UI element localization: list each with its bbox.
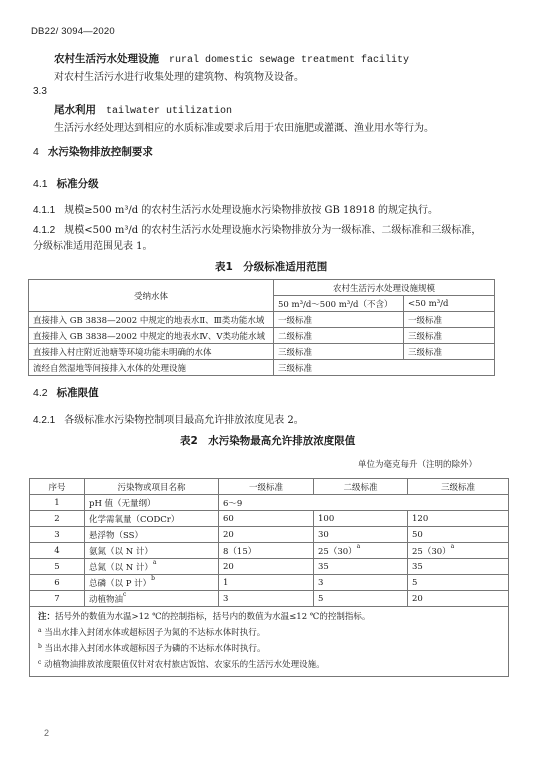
cell-no: 2 (30, 511, 85, 527)
paragraph-text-continued: 分级标准适用范围见表 1。 (33, 237, 153, 252)
table-row: 3 悬浮物（SS） 20 30 50 (30, 527, 509, 543)
cell-grade3: 20 (408, 591, 509, 607)
term-definition: 对农村生活污水进行收集处理的建筑物、构筑物及设备。 (54, 68, 304, 83)
subsection-title: 标准限值 (57, 387, 99, 399)
document-id-header: DB22/ 3094—2020 (31, 26, 115, 37)
paragraph-text: 规模≥500 m³/d 的农村生活污水处理设施水污染物排放按 GB 18918 … (64, 205, 438, 216)
note-a: a 当出水排入封闭水体或超标因子为氮的不达标水体时执行。 (38, 625, 500, 641)
note-label: 注： (38, 612, 55, 622)
cell-no: 7 (30, 591, 85, 607)
term-title: 农村生活污水处理设施rural domestic sewage treatmen… (54, 51, 409, 66)
cell-value: 25（30） (412, 547, 451, 557)
table2-unit-note: 单位为毫克每升（注明的除外） (358, 458, 477, 470)
cell-large: 二级标准 (274, 328, 404, 344)
cell-large: 三级标准 (274, 344, 404, 360)
cell-grade2: 100 (314, 511, 408, 527)
paragraph-text: 各级标准水污染物控制项目最高允许排放浓度见表 2。 (64, 415, 304, 426)
cell-grade3: 25（30）a (408, 543, 509, 559)
cell-small: 三级标准 (404, 328, 495, 344)
subsection-heading: 4.2标准限值 (33, 385, 99, 400)
cell-grade2: 30 (314, 527, 408, 543)
cell-name: 悬浮物（SS） (85, 527, 219, 543)
note-text: 当出水排入封闭水体或超标因子为氮的不达标水体时执行。 (44, 628, 265, 638)
note-main: 注：括号外的数值为水温>12 ℃的控制指标，括号内的数值为水温≤12 ℃的控制指… (38, 609, 500, 625)
table1-header-scale: 农村生活污水处理设施规模 (274, 280, 495, 296)
cell-merged: 6～9 (219, 495, 509, 511)
cell-grade3: 5 (408, 575, 509, 591)
table1-header-receiving-water: 受纳水体 (29, 280, 274, 312)
table-row: 直接排入 GB 3838—2002 中规定的地表水Ⅳ、Ⅴ类功能水域 二级标准 三… (29, 328, 495, 344)
table1-caption: 表1 分级标准适用范围 (215, 259, 327, 274)
footnote-mark: b (151, 575, 155, 582)
cell-water: 流经自然湿地等间接排入水体的处理设施 (29, 360, 274, 376)
table-row: 4 氨氮（以 N 计） 8（15） 25（30）a 25（30）a (30, 543, 509, 559)
cell-no: 3 (30, 527, 85, 543)
term-en: rural domestic sewage treatment facility (169, 55, 409, 66)
cell-value: 总氮（以 N 计） (89, 563, 153, 573)
cell-grade2: 3 (314, 575, 408, 591)
table-row: 6 总磷（以 P 计）b 1 3 5 (30, 575, 509, 591)
paragraph-text: 规模<500 m³/d 的农村生活污水处理设施水污染物排放分为一级标准、二级标准… (64, 225, 481, 236)
cell-name: 氨氮（以 N 计） (85, 543, 219, 559)
table1-header-scale-large: 50 m³/d～500 m³/d（不含） (274, 296, 404, 312)
note-text: 当出水排入封闭水体或超标因子为磷的不达标水体时执行。 (45, 644, 266, 654)
cell-no: 5 (30, 559, 85, 575)
term-cn: 农村生活污水处理设施 (54, 53, 159, 65)
cell-name: pH 值（无量纲） (85, 495, 219, 511)
cell-small: 三级标准 (404, 344, 495, 360)
paragraph-4-1-1: 4.1.1规模≥500 m³/d 的农村生活污水处理设施水污染物排放按 GB 1… (33, 201, 438, 216)
page-number: 2 (44, 728, 49, 738)
table2-notes: 注：括号外的数值为水温>12 ℃的控制指标，括号内的数值为水温≤12 ℃的控制指… (30, 607, 509, 677)
subsection-number: 4.1 (33, 178, 48, 190)
table2-caption: 表2 水污染物最高允许排放浓度限值 (180, 433, 355, 448)
footnote-mark: a (451, 543, 455, 550)
term-title: 尾水利用tailwater utilization (54, 102, 232, 117)
table-row: 流经自然湿地等间接排入水体的处理设施 三级标准 (29, 360, 495, 376)
footnote-mark: a (38, 627, 42, 634)
subsection-heading: 4.1标准分级 (33, 176, 99, 191)
cell-name: 总磷（以 P 计）b (85, 575, 219, 591)
table-row: 5 总氮（以 N 计）a 20 35 35 (30, 559, 509, 575)
cell-grade3: 35 (408, 559, 509, 575)
cell-grade3: 120 (408, 511, 509, 527)
note-text: 括号外的数值为水温>12 ℃的控制指标，括号内的数值为水温≤12 ℃的控制指标。 (55, 612, 370, 622)
cell-grade3: 50 (408, 527, 509, 543)
table1-grading-scope: 受纳水体 农村生活污水处理设施规模 50 m³/d～500 m³/d（不含） <… (28, 279, 495, 376)
table2-header-grade1: 一级标准 (219, 479, 314, 495)
table-row: 2 化学需氧量（CODCr） 60 100 120 (30, 511, 509, 527)
cell-grade1: 20 (219, 527, 314, 543)
cell-name: 总氮（以 N 计）a (85, 559, 219, 575)
table2-header-grade2: 二级标准 (314, 479, 408, 495)
cell-grade2: 25（30）a (314, 543, 408, 559)
cell-value: 总磷（以 P 计） (89, 579, 151, 589)
cell-grade2: 35 (314, 559, 408, 575)
footnote-mark: a (153, 559, 157, 566)
paragraph-number: 4.1.1 (33, 205, 55, 216)
subsection-number: 4.2 (33, 387, 48, 399)
term-en: tailwater utilization (106, 106, 232, 117)
table1-header-scale-small: <50 m³/d (404, 296, 495, 312)
cell-large: 一级标准 (274, 312, 404, 328)
term-definition: 生活污水经处理达到相应的水质标准或要求后用于农田施肥或灌溉、渔业用水等行为。 (54, 119, 434, 134)
note-text: 动植物油排放浓度限值仅针对农村旅店饭馆、农家乐的生活污水处理设施。 (44, 660, 325, 670)
table2-notes-row: 注：括号外的数值为水温>12 ℃的控制指标，括号内的数值为水温≤12 ℃的控制指… (30, 607, 509, 677)
section-number: 4 (33, 146, 39, 158)
table-row: 7 动植物油c 3 5 20 (30, 591, 509, 607)
cell-name: 动植物油c (85, 591, 219, 607)
table-row: 直接排入 GB 3838—2002 中规定的地表水Ⅱ、Ⅲ类功能水域 一级标准 一… (29, 312, 495, 328)
table2-header-no: 序号 (30, 479, 85, 495)
footnote-mark: b (38, 643, 42, 650)
table-row: 1 pH 值（无量纲） 6～9 (30, 495, 509, 511)
paragraph-4-1-2: 4.1.2规模<500 m³/d 的农村生活污水处理设施水污染物排放分为一级标准… (33, 221, 481, 236)
table2-header-grade3: 三级标准 (408, 479, 509, 495)
table-row: 直接排入村庄附近池塘等环境功能未明确的水体 三级标准 三级标准 (29, 344, 495, 360)
cell-no: 4 (30, 543, 85, 559)
cell-value: 25（30） (318, 547, 357, 557)
cell-grade1: 20 (219, 559, 314, 575)
paragraph-4-2-1: 4.2.1各级标准水污染物控制项目最高允许排放浓度见表 2。 (33, 411, 304, 426)
note-c: c 动植物油排放浓度限值仅针对农村旅店饭馆、农家乐的生活污水处理设施。 (38, 657, 500, 673)
cell-merged: 三级标准 (274, 360, 495, 376)
cell-grade1: 1 (219, 575, 314, 591)
cell-no: 6 (30, 575, 85, 591)
cell-grade1: 3 (219, 591, 314, 607)
cell-grade2: 5 (314, 591, 408, 607)
cell-water: 直接排入 GB 3838—2002 中规定的地表水Ⅳ、Ⅴ类功能水域 (29, 328, 274, 344)
footnote-mark: c (123, 591, 126, 598)
note-b: b 当出水排入封闭水体或超标因子为磷的不达标水体时执行。 (38, 641, 500, 657)
cell-grade1: 60 (219, 511, 314, 527)
table2-emission-limits: 序号 污染物或项目名称 一级标准 二级标准 三级标准 1 pH 值（无量纲） 6… (29, 478, 509, 677)
footnote-mark: c (38, 659, 41, 666)
cell-no: 1 (30, 495, 85, 511)
footnote-mark: a (357, 543, 361, 550)
subsection-title: 标准分级 (57, 178, 99, 190)
cell-grade1: 8（15） (219, 543, 314, 559)
term-cn: 尾水利用 (54, 104, 96, 116)
cell-small: 一级标准 (404, 312, 495, 328)
cell-name: 化学需氧量（CODCr） (85, 511, 219, 527)
cell-value: 动植物油 (89, 595, 123, 605)
term-number: 3.3 (33, 86, 47, 97)
paragraph-number: 4.2.1 (33, 415, 55, 426)
table2-header-name: 污染物或项目名称 (85, 479, 219, 495)
cell-water: 直接排入村庄附近池塘等环境功能未明确的水体 (29, 344, 274, 360)
section-heading: 4水污染物排放控制要求 (33, 144, 153, 159)
cell-water: 直接排入 GB 3838—2002 中规定的地表水Ⅱ、Ⅲ类功能水域 (29, 312, 274, 328)
section-title: 水污染物排放控制要求 (48, 146, 153, 158)
paragraph-number: 4.1.2 (33, 225, 55, 236)
